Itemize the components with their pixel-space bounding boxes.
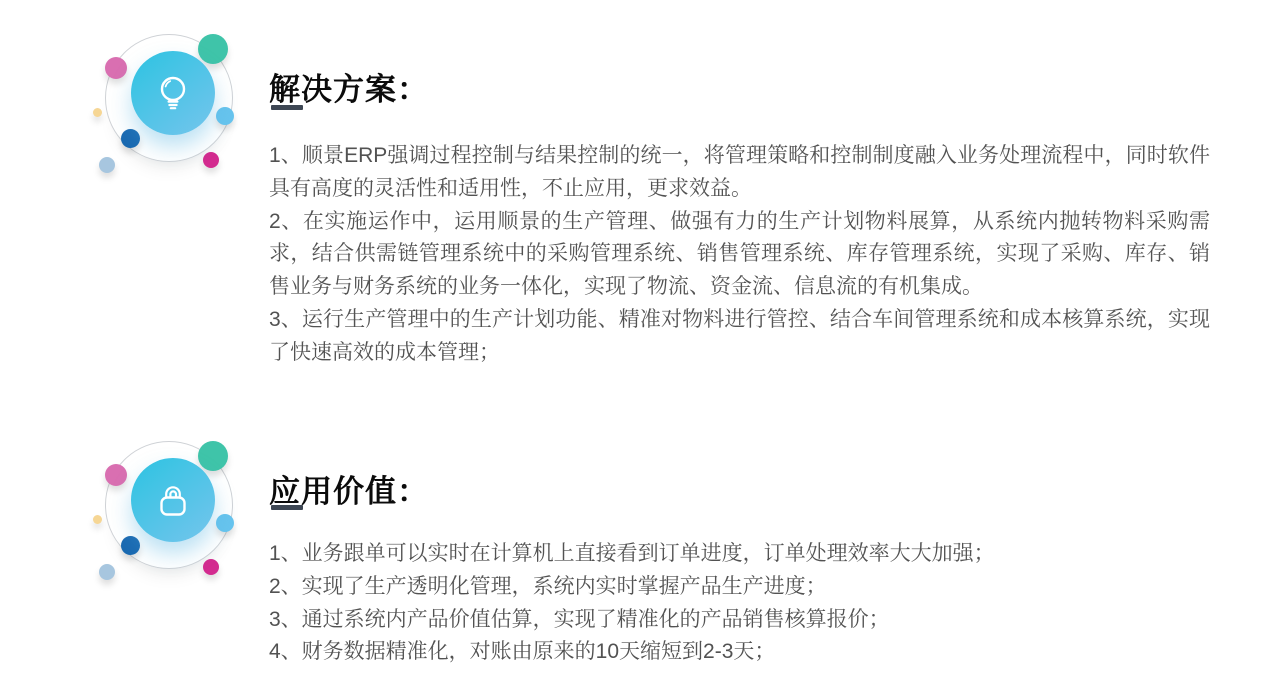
solution-icon-group [90,30,260,200]
steel-blue-dot [99,564,115,580]
teal-dot [198,441,228,471]
solution-heading: 解决方案： [269,73,429,106]
value-heading: 应用价值： [269,475,429,508]
value-icon-group [90,437,260,607]
lock-icon [150,477,196,523]
paragraph-item: 2、实现了生产透明化管理，系统内实时掌握产品生产进度； [269,571,1210,604]
paragraph-item: 1、业务跟单可以实时在计算机上直接看到订单进度，订单处理效率大大加强； [269,538,1210,571]
yellow-dot [93,108,102,117]
value-body: 1、业务跟单可以实时在计算机上直接看到订单进度，订单处理效率大大加强； 2、实现… [269,538,1210,669]
heading-underline [271,505,303,510]
paragraph-item: 3、通过系统内产品价值估算，实现了精准化的产品销售核算报价； [269,604,1210,637]
light-blue-dot [216,107,234,125]
pink-dot [105,464,127,486]
value-badge [131,458,215,542]
page: 解决方案： 1、顺景ERP强调过程控制与结果控制的统一，将管理策略和控制制度融入… [0,0,1264,699]
solution-body: 1、顺景ERP强调过程控制与结果控制的统一，将管理策略和控制制度融入业务处理流程… [269,140,1210,370]
dark-blue-dot [121,536,140,555]
magenta-dot [203,152,219,168]
magenta-dot [203,559,219,575]
steel-blue-dot [99,157,115,173]
teal-dot [198,34,228,64]
paragraph-item: 3、运行生产管理中的生产计划功能、精准对物料进行管控、结合车间管理系统和成本核算… [269,304,1210,370]
dark-blue-dot [121,129,140,148]
solution-badge [131,51,215,135]
pink-dot [105,57,127,79]
paragraph-item: 2、在实施运作中，运用顺景的生产管理、做强有力的生产计划物料展算，从系统内抛转物… [269,206,1210,304]
paragraph-item: 4、财务数据精准化，对账由原来的10天缩短到2-3天； [269,636,1210,669]
paragraph-item: 1、顺景ERP强调过程控制与结果控制的统一，将管理策略和控制制度融入业务处理流程… [269,140,1210,206]
lightbulb-icon [150,70,196,116]
yellow-dot [93,515,102,524]
heading-underline [271,105,303,110]
light-blue-dot [216,514,234,532]
